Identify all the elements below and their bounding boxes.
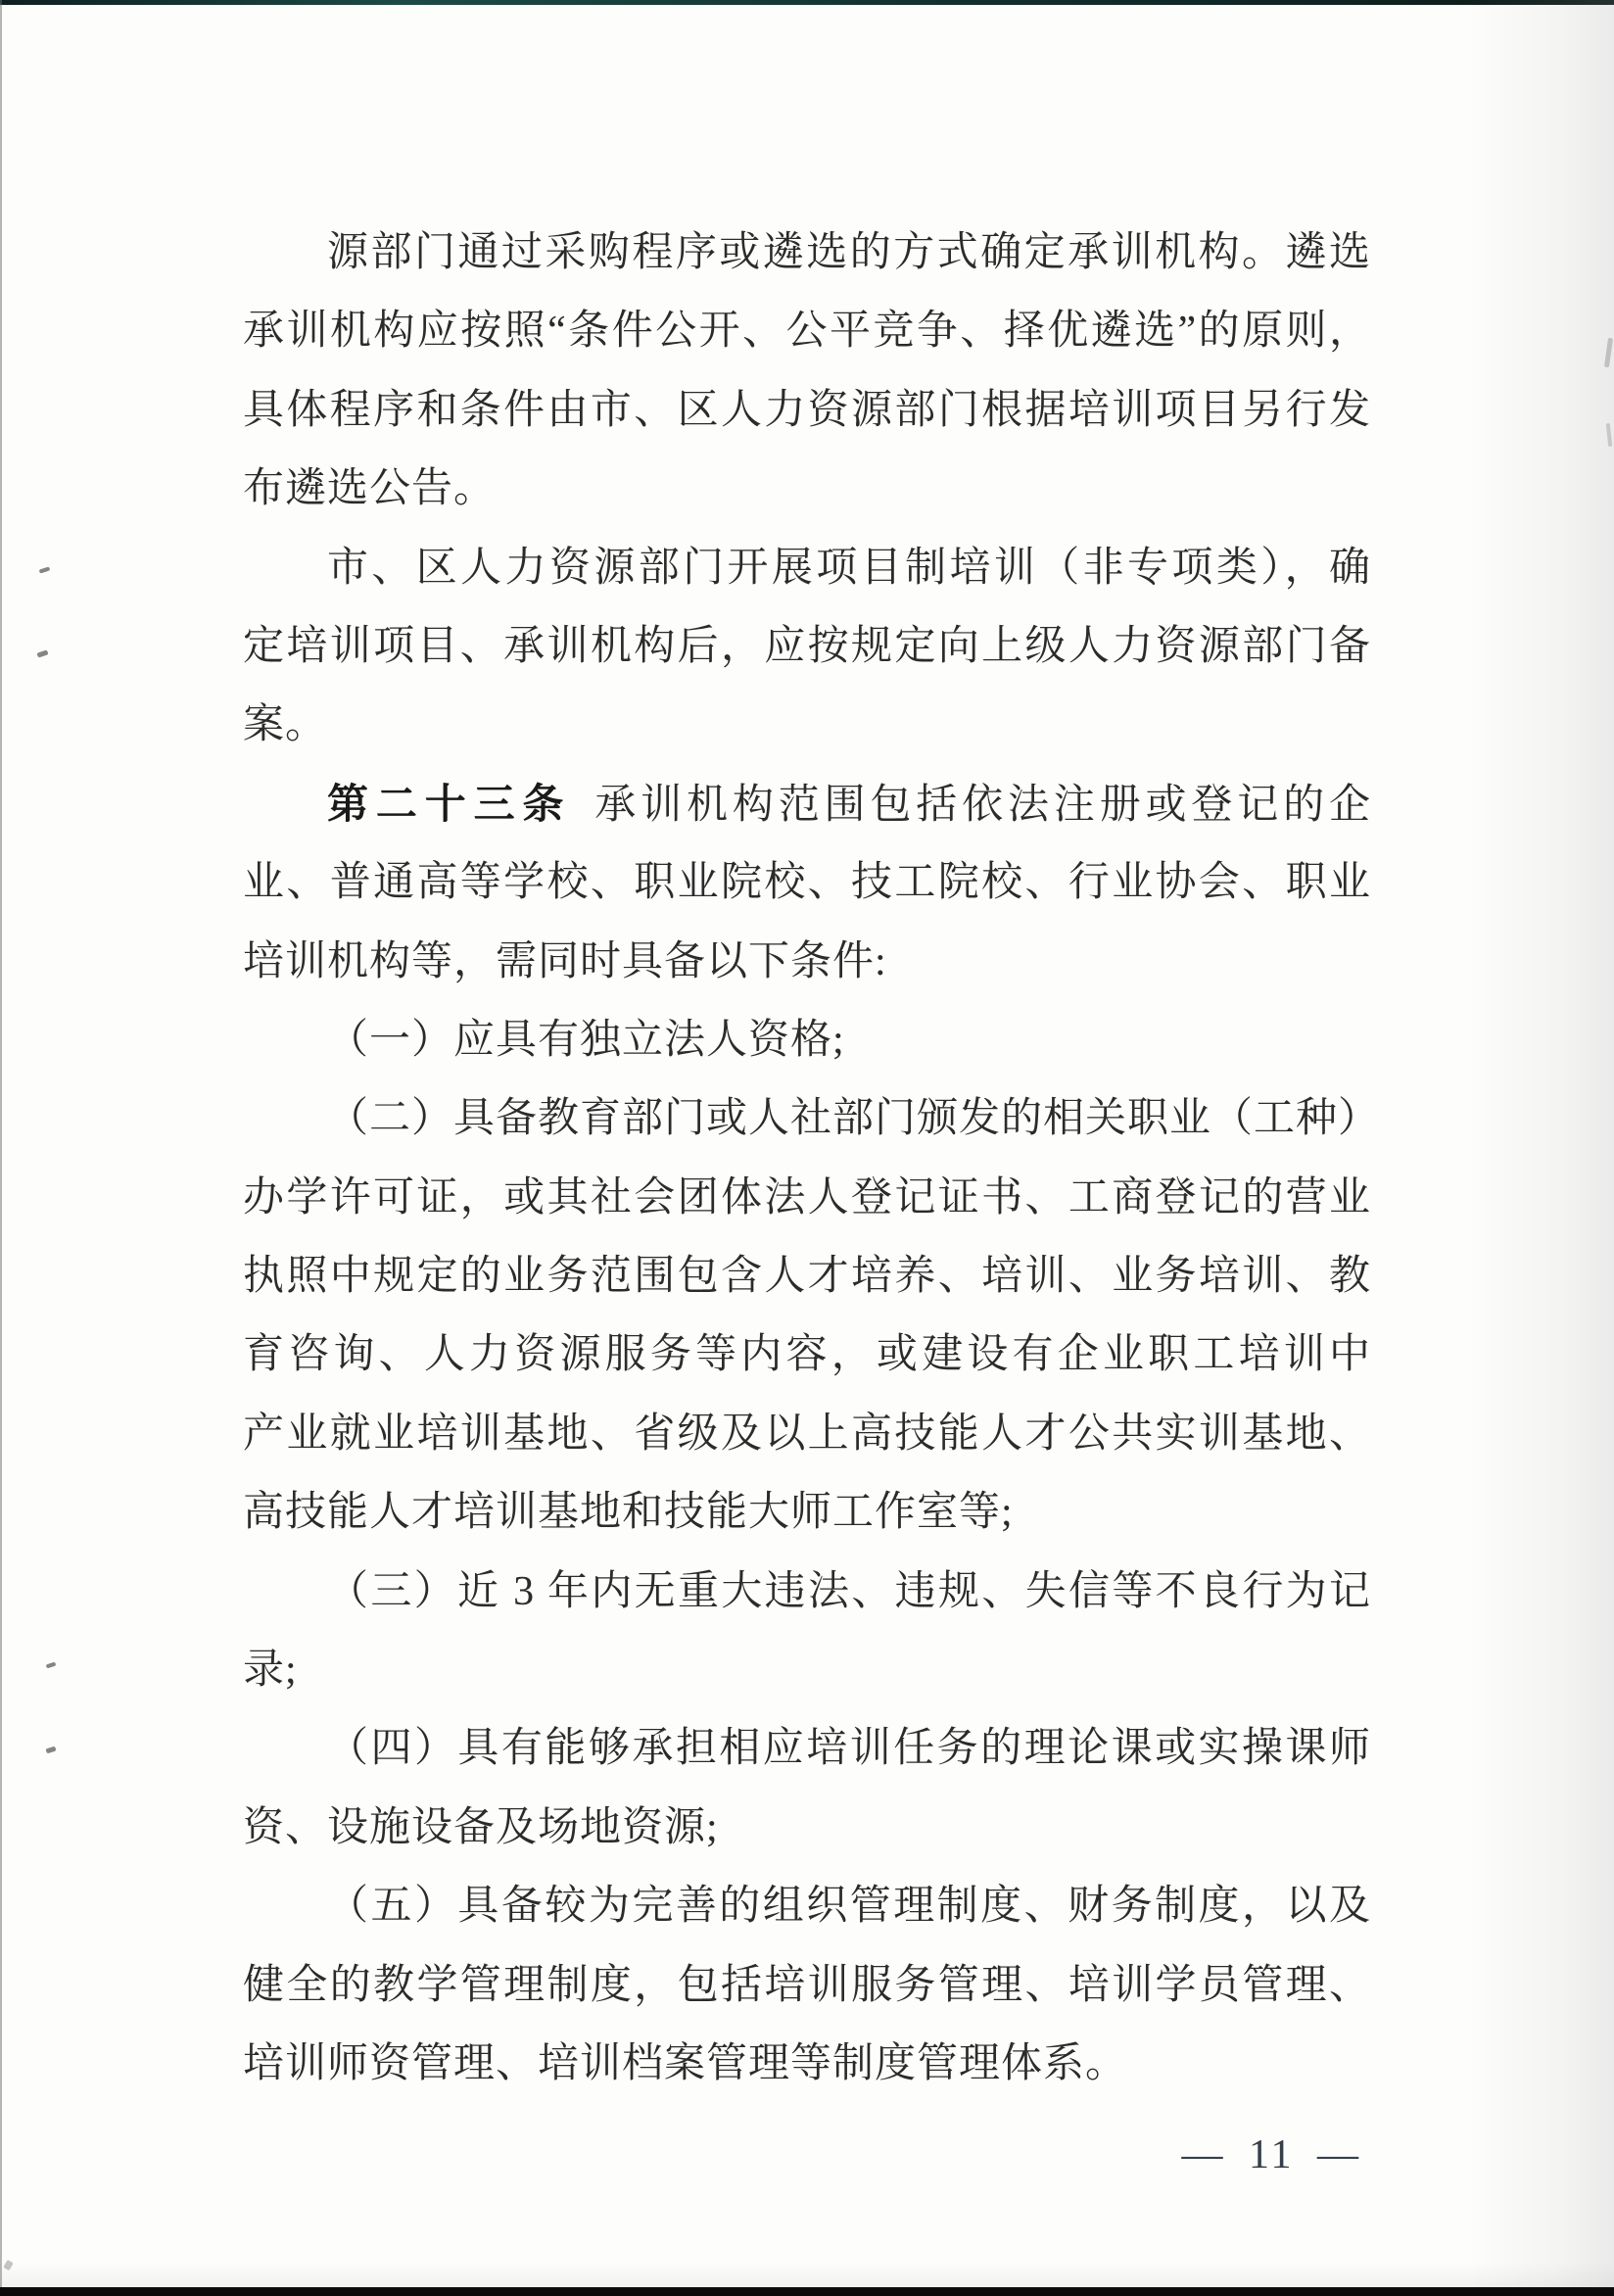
text-line: （五）具备较为完善的组织管理制度、财务制度，以及 [243,1867,1371,1945]
text-run: 承训机构应按照“条件公开、公平竞争、择优遴选”的原则， [243,309,1371,354]
text-run: 办学许可证，或其社会团体法人登记证书、工商登记的营业 [243,1175,1371,1220]
text-run: 布遴选公告。 [243,466,496,511]
text-line: 定培训项目、承训机构后，应按规定向上级人力资源部门备 [243,607,1371,686]
scan-left-edge [0,0,2,2296]
scan-bottom-border [0,2287,1614,2296]
text-run: 承训机构范围包括依法注册或登记的企 [594,783,1371,828]
scan-speck [39,566,51,573]
text-run: 定培训项目、承训机构后，应按规定向上级人力资源部门备 [243,624,1371,669]
text-line: （一）应具有独立法人资格; [243,1001,1371,1079]
text-line: 承训机构应按照“条件公开、公平竞争、择优遴选”的原则， [243,292,1371,370]
text-run: 培训机构等，需同时具备以下条件: [243,939,887,984]
text-line: 执照中规定的业务范围包含人才培养、培训、业务培训、教 [243,1237,1371,1315]
text-run: 育咨询、人力资源服务等内容，或建设有企业职工培训中心、 [243,1332,1371,1394]
article-number: 第二十三条 [327,781,571,827]
text-run: 录; [243,1648,298,1693]
scan-speck [45,1746,56,1754]
text-run: （四）具有能够承担相应培训任务的理论课或实操课师 [327,1726,1371,1771]
text-line: 高技能人才培训基地和技能大师工作室等; [243,1473,1371,1552]
text-line: 布遴选公告。 [243,450,1371,528]
text-line: 培训师资管理、培训档案管理等制度管理体系。 [243,2025,1371,2103]
text-run: 执照中规定的业务范围包含人才培养、培训、业务培训、教 [243,1254,1371,1299]
scan-right-shade [1467,0,1614,2296]
text-run: 健全的教学管理制度，包括培训服务管理、培训学员管理、 [243,1963,1371,2008]
text-run: 高技能人才培训基地和技能大师工作室等; [243,1490,1014,1535]
scanned-document-page: 源部门通过采购程序或遴选的方式确定承训机构。遴选承训机构应按照“条件公开、公平竞… [0,0,1614,2296]
text-run: （五）具备较为完善的组织管理制度、财务制度，以及 [327,1884,1371,1929]
text-line: 录; [243,1631,1371,1709]
text-run: （一）应具有独立法人资格; [327,1018,845,1063]
text-run: 培训师资管理、培训档案管理等制度管理体系。 [243,2041,1127,2086]
text-run: 市、区人力资源部门开展项目制培训（非专项类），确 [327,546,1371,591]
text-line: 育咨询、人力资源服务等内容，或建设有企业职工培训中心、 [243,1315,1371,1394]
text-line: （四）具有能够承担相应培训任务的理论课或实操课师 [243,1709,1371,1788]
text-run: 产业就业培训基地、省级及以上高技能人才公共实训基地、 [243,1411,1371,1457]
text-run: 源部门通过采购程序或遴选的方式确定承训机构。遴选 [327,230,1371,275]
text-line: 具体程序和条件由市、区人力资源部门根据培训项目另行发 [243,371,1371,450]
text-line: （三）近 3 年内无重大违法、违规、失信等不良行为记 [243,1553,1371,1631]
scan-top-border [0,0,1614,5]
text-run: 资、设施设备及场地资源; [243,1805,719,1850]
text-line: 健全的教学管理制度，包括培训服务管理、培训学员管理、 [243,1946,1371,2025]
page-number: — 11 — [1182,2131,1361,2178]
text-line: 第二十三条承训机构范围包括依法注册或登记的企 [243,765,1371,843]
text-run: （二）具备教育部门或人社部门颁发的相关职业（工种） [327,1096,1371,1141]
text-line: 产业就业培训基地、省级及以上高技能人才公共实训基地、 [243,1395,1371,1473]
text-line: 资、设施设备及场地资源; [243,1789,1371,1867]
text-run: 业、普通高等学校、职业院校、技工院校、行业协会、职业 [243,860,1371,905]
text-line: 办学许可证，或其社会团体法人登记证书、工商登记的营业 [243,1159,1371,1237]
text-run: 具体程序和条件由市、区人力资源部门根据培训项目另行发 [243,388,1371,433]
scan-speck [46,1662,57,1669]
text-line: 培训机构等，需同时具备以下条件: [243,923,1371,1001]
document-body: 源部门通过采购程序或遴选的方式确定承训机构。遴选承训机构应按照“条件公开、公平竞… [243,214,1371,2103]
scan-speck [36,649,48,657]
text-line: （二）具备教育部门或人社部门颁发的相关职业（工种） [243,1079,1371,1158]
text-run: （三）近 3 年内无重大违法、违规、失信等不良行为记 [327,1569,1371,1614]
text-run: 案。 [243,702,327,747]
text-line: 案。 [243,686,1371,764]
text-line: 业、普通高等学校、职业院校、技工院校、行业协会、职业 [243,843,1371,922]
text-line: 源部门通过采购程序或遴选的方式确定承训机构。遴选 [243,214,1371,292]
scan-bottom-shade [0,2262,1614,2287]
text-line: 市、区人力资源部门开展项目制培训（非专项类），确 [243,529,1371,607]
